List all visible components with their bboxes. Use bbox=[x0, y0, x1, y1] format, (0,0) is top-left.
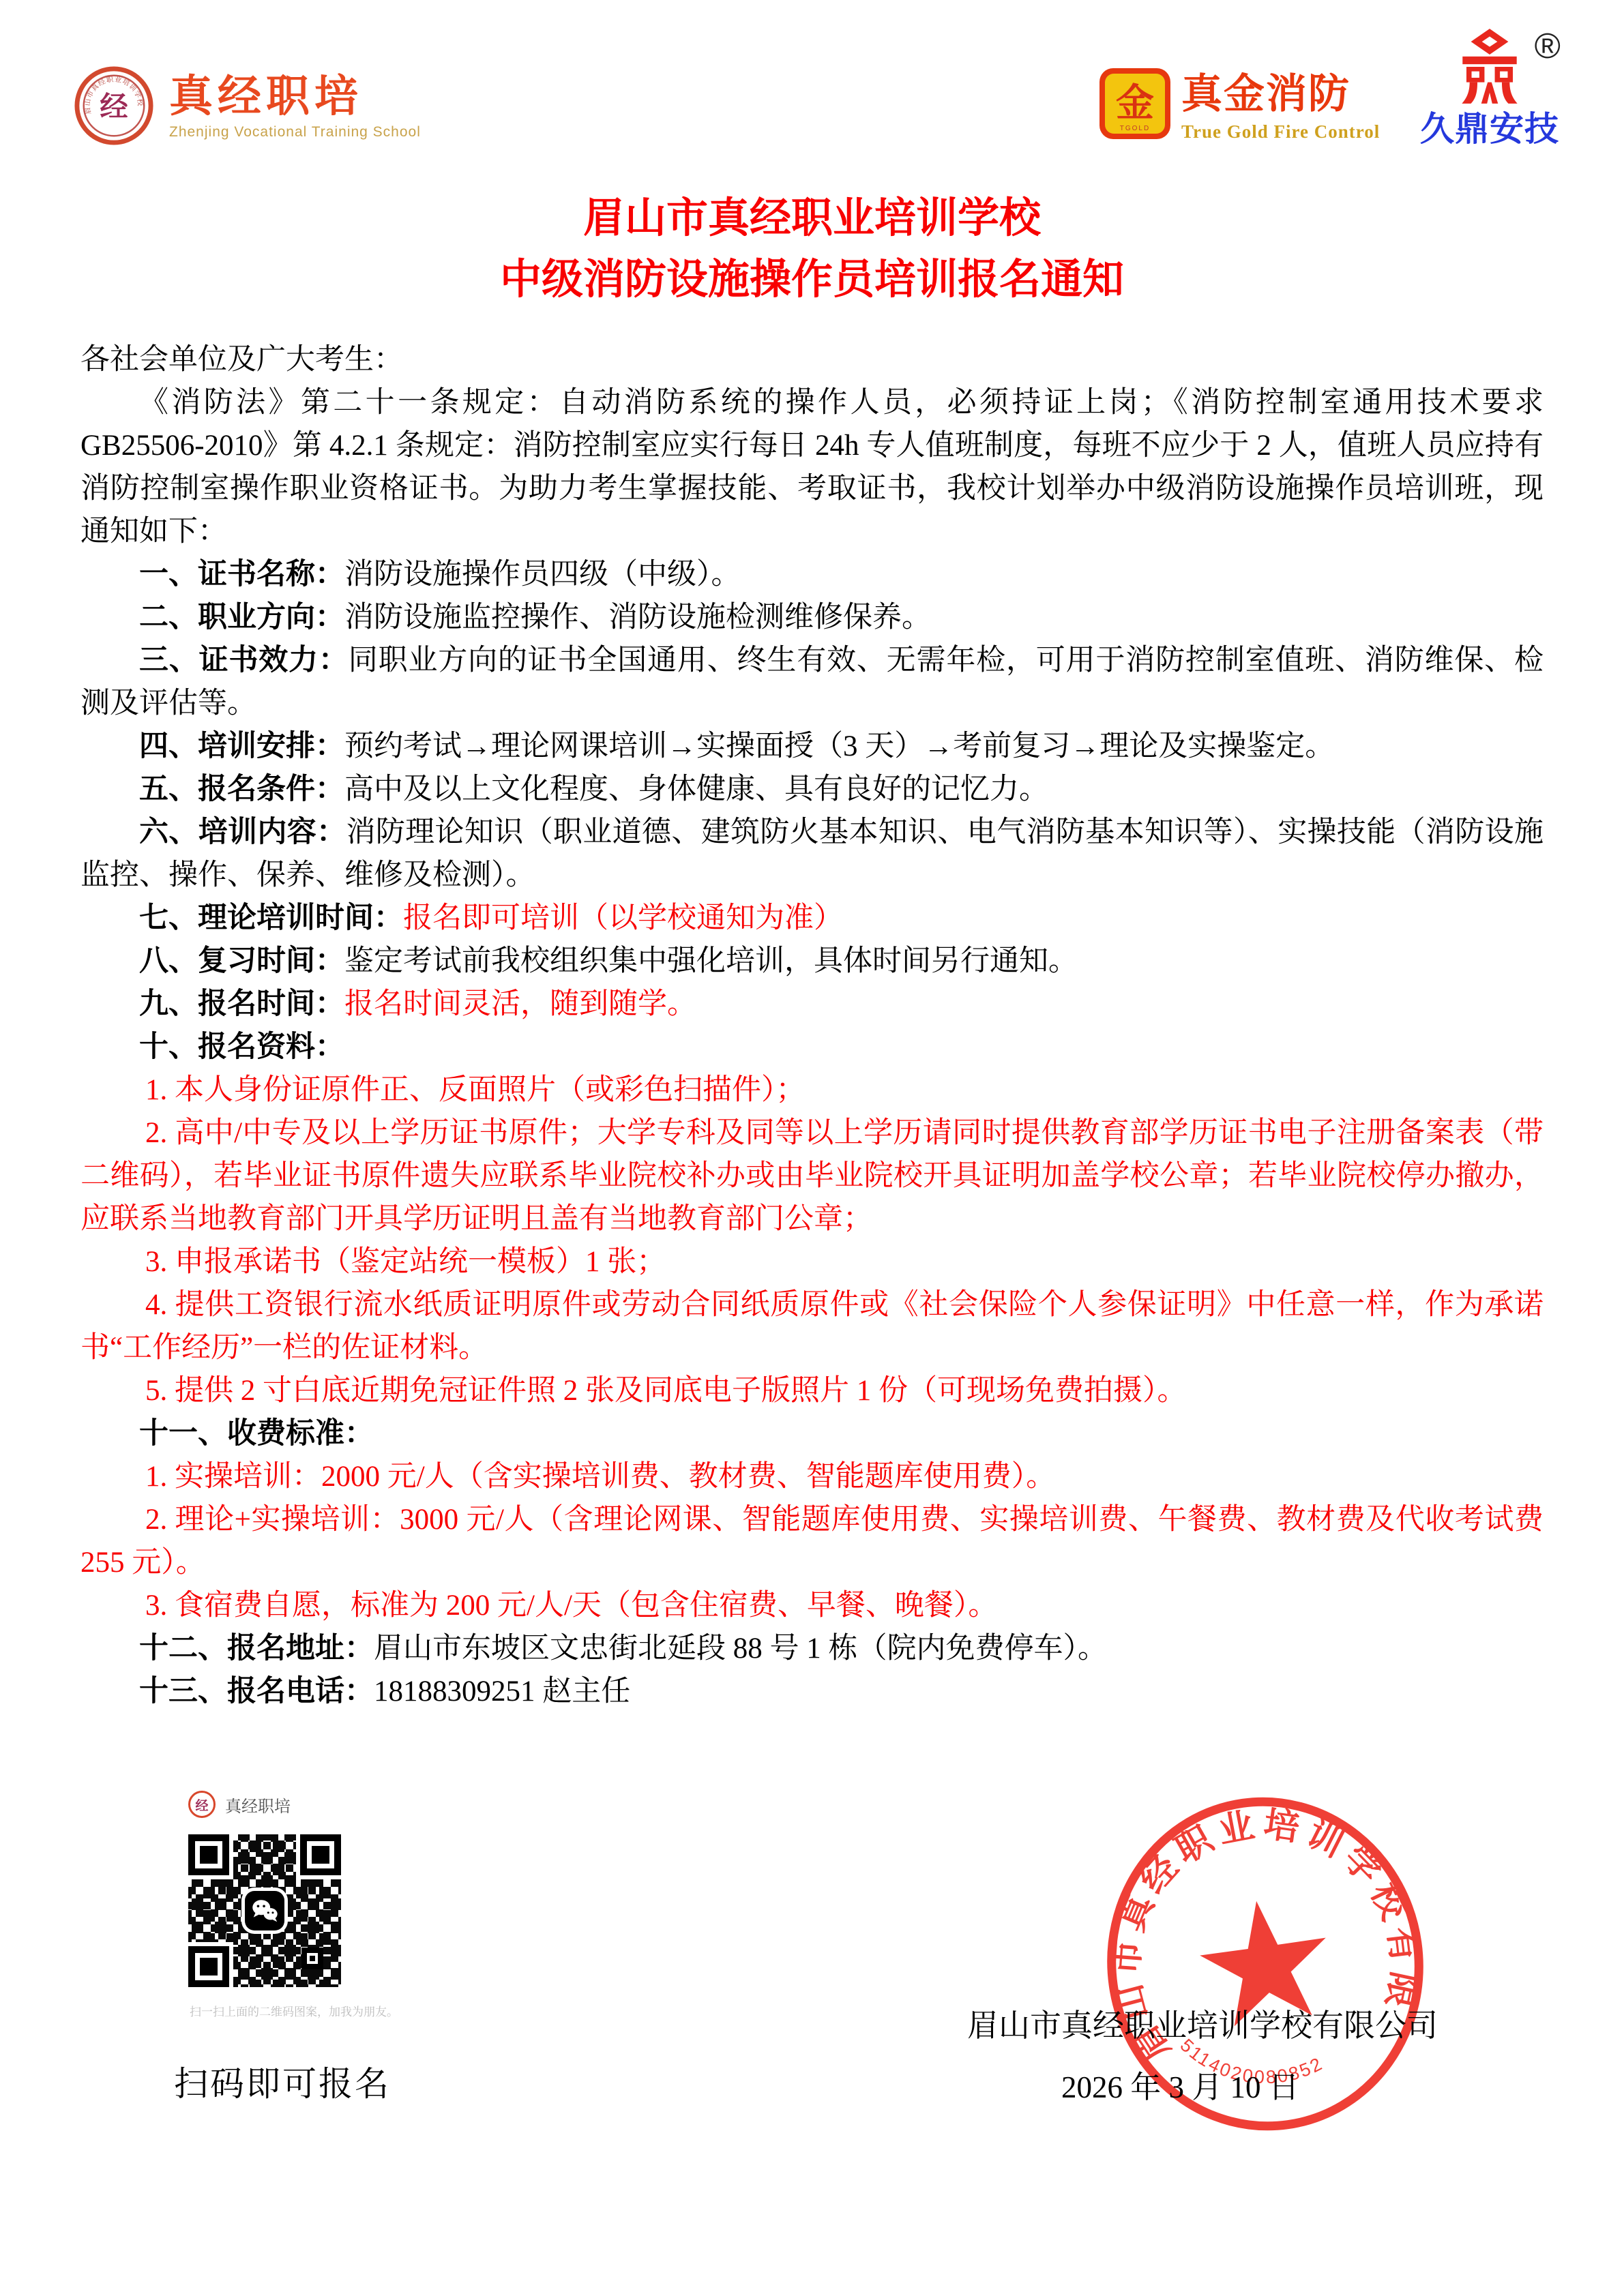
section-fees: 十一、收费标准： bbox=[80, 1412, 1544, 1455]
section-label: 一、证书名称： bbox=[139, 558, 344, 591]
section-label: 十一、收费标准： bbox=[139, 1418, 374, 1450]
truegold-logo-english: True Gold Fire Control bbox=[1181, 121, 1380, 143]
notice-title: 眉山市真经职业培训学校 中级消防设施操作员培训报名通知 bbox=[0, 188, 1624, 311]
section-signup-time: 九、报名时间：报名时间灵活，随到随学。 bbox=[80, 983, 1544, 1026]
section-label: 十、报名资料： bbox=[139, 1031, 344, 1063]
fee-item: 1. 实操培训：2000 元/人（含实操培训费、教材费、智能题库使用费）。 bbox=[80, 1455, 1544, 1498]
section-label: 六、培训内容： bbox=[139, 816, 346, 848]
truegold-logo-name: 真金消防 bbox=[1181, 72, 1380, 116]
section-cert-name: 一、证书名称：消防设施操作员四级（中级）。 bbox=[80, 553, 1544, 596]
section-career-direction: 二、职业方向：消防设施监控操作、消防设施检测维修保养。 bbox=[80, 596, 1544, 639]
qr-school-emblem-icon: 经 bbox=[188, 1791, 216, 1818]
fee-item: 3. 食宿费自愿，标准为 200 元/人/天（包含住宿费、早餐、晚餐）。 bbox=[80, 1584, 1544, 1627]
materials-item: 2. 高中/中专及以上学历证书原件；大学专科及同等以上学历请同时提供教育部学历证… bbox=[80, 1112, 1544, 1240]
jiuding-logo: ® 久鼎安技 bbox=[1402, 27, 1577, 147]
section-text: 18188309251 赵主任 bbox=[374, 1675, 630, 1708]
section-cert-validity: 三、证书效力：同职业方向的证书全国通用、终生有效、无需年检，可用于消防控制室值班… bbox=[80, 639, 1544, 725]
section-requirements: 五、报名条件：高中及以上文化程度、身体健康、具有良好的记忆力。 bbox=[80, 768, 1544, 811]
notice-body: 各社会单位及广大考生： 《消防法》第二十一条规定：自动消防系统的操作人员，必须持… bbox=[80, 338, 1544, 1713]
section-text: 高中及以上文化程度、身体健康、具有良好的记忆力。 bbox=[344, 773, 1048, 805]
notice-title-line2: 中级消防设施操作员培训报名通知 bbox=[0, 250, 1624, 311]
section-label: 二、职业方向： bbox=[139, 601, 344, 633]
section-text: 鉴定考试前我校组织集中强化培训，具体时间另行通知。 bbox=[344, 945, 1078, 977]
section-label: 三、证书效力： bbox=[139, 644, 349, 676]
section-label: 五、报名条件： bbox=[139, 773, 344, 805]
section-text: 报名时间灵活，随到随学。 bbox=[344, 988, 696, 1020]
jiuding-ding-icon bbox=[1454, 27, 1525, 105]
jiuding-logo-name: 久鼎安技 bbox=[1402, 111, 1577, 147]
section-training-schedule: 四、培训安排：预约考试→理论网课培训→实操面授（3 天）→考前复习→理论及实操鉴… bbox=[80, 725, 1544, 768]
qr-emblem-char: 经 bbox=[195, 1795, 208, 1814]
school-emblem-char: 经 bbox=[100, 91, 128, 123]
section-text: 报名即可培训（以学校通知为准） bbox=[403, 902, 843, 934]
qr-alignment-icon bbox=[301, 1948, 323, 1969]
signature-date: 2026 年 3 月 10 日 bbox=[1061, 2062, 1299, 2106]
qr-scan-label: 扫码即可报名 bbox=[174, 2057, 391, 2106]
notice-page: 眉山市真经职业培训学校 经 真经职培 Zhenjing Vocational T… bbox=[0, 0, 1624, 2296]
section-theory-time: 七、理论培训时间：报名即可培训（以学校通知为准） bbox=[80, 897, 1544, 940]
intro-paragraph: 《消防法》第二十一条规定：自动消防系统的操作人员，必须持证上岗；《消防控制室通用… bbox=[80, 381, 1544, 553]
section-text: 预约考试→理论网课培训→实操面授（3 天）→考前复习→理论及实操鉴定。 bbox=[344, 730, 1334, 762]
section-signup-phone: 十三、报名电话：18188309251 赵主任 bbox=[80, 1670, 1544, 1713]
school-logo: 眉山市真经职业培训学校 经 真经职培 Zhenjing Vocational T… bbox=[74, 64, 421, 147]
section-training-content: 六、培训内容：消防理论知识（职业道德、建筑防火基本知识、电气消防基本知识等）、实… bbox=[80, 811, 1544, 897]
truegold-seal-subtext: TGOLD bbox=[1105, 125, 1165, 132]
truegold-logo: 金 TGOLD 真金消防 True Gold Fire Control bbox=[1099, 68, 1380, 143]
qr-finder-icon bbox=[188, 1946, 229, 1987]
truegold-seal-char: 金 bbox=[1116, 85, 1154, 123]
qr-logo-text: 真经职培 bbox=[225, 1793, 291, 1817]
qr-caption: 扫一扫上面的二维码图案，加我为朋友。 bbox=[190, 2002, 404, 2019]
section-label: 十二、报名地址： bbox=[139, 1632, 374, 1665]
section-label: 八、复习时间： bbox=[139, 945, 344, 977]
section-label: 九、报名时间： bbox=[139, 988, 344, 1020]
fee-item: 2. 理论+实操培训：3000 元/人（含理论网课、智能题库使用费、实操培训费、… bbox=[80, 1498, 1544, 1584]
section-label: 十三、报名电话： bbox=[139, 1675, 374, 1708]
truegold-seal-icon: 金 TGOLD bbox=[1099, 68, 1170, 139]
registered-trademark-icon: ® bbox=[1535, 29, 1561, 64]
school-logo-name: 真经职培 bbox=[169, 74, 421, 119]
section-review-time: 八、复习时间：鉴定考试前我校组织集中强化培训，具体时间另行通知。 bbox=[80, 940, 1544, 983]
materials-item: 4. 提供工资银行流水纸质证明原件或劳动合同纸质原件或《社会保险个人参保证明》中… bbox=[80, 1283, 1544, 1369]
notice-title-line1: 眉山市真经职业培训学校 bbox=[0, 188, 1624, 250]
qr-finder-icon bbox=[300, 1834, 341, 1875]
section-label: 四、培训安排： bbox=[139, 730, 344, 762]
wechat-qr-code bbox=[188, 1834, 341, 1987]
school-logo-english: Zhenjing Vocational Training School bbox=[169, 124, 421, 140]
qr-card: 经 真经职培 扫一扫上面的二维码图案，加 bbox=[172, 1791, 404, 2019]
section-text: 消防设施操作员四级（中级）。 bbox=[344, 558, 741, 591]
signature-company: 眉山市真经职业培训学校有限公司 bbox=[967, 2001, 1438, 2046]
materials-item: 1. 本人身份证原件正、反面照片（或彩色扫描件）； bbox=[80, 1069, 1544, 1112]
section-label: 七、理论培训时间： bbox=[139, 902, 403, 934]
salutation: 各社会单位及广大考生： bbox=[80, 338, 1544, 381]
wechat-icon bbox=[245, 1891, 284, 1930]
school-emblem-icon: 眉山市真经职业培训学校 经 bbox=[74, 64, 154, 147]
qr-finder-icon bbox=[188, 1834, 229, 1875]
section-text: 消防设施监控操作、消防设施检测维修保养。 bbox=[344, 601, 931, 633]
section-signup-address: 十二、报名地址：眉山市东坡区文忠街北延段 88 号 1 栋（院内免费停车）。 bbox=[80, 1627, 1544, 1670]
materials-item: 3. 申报承诺书（鉴定站统一模板）1 张； bbox=[80, 1240, 1544, 1283]
section-text: 眉山市东坡区文忠街北延段 88 号 1 栋（院内免费停车）。 bbox=[374, 1632, 1107, 1665]
section-signup-materials: 十、报名资料： bbox=[80, 1026, 1544, 1069]
materials-item: 5. 提供 2 寸白底近期免冠证件照 2 张及同底电子版照片 1 份（可现场免费… bbox=[80, 1369, 1544, 1412]
